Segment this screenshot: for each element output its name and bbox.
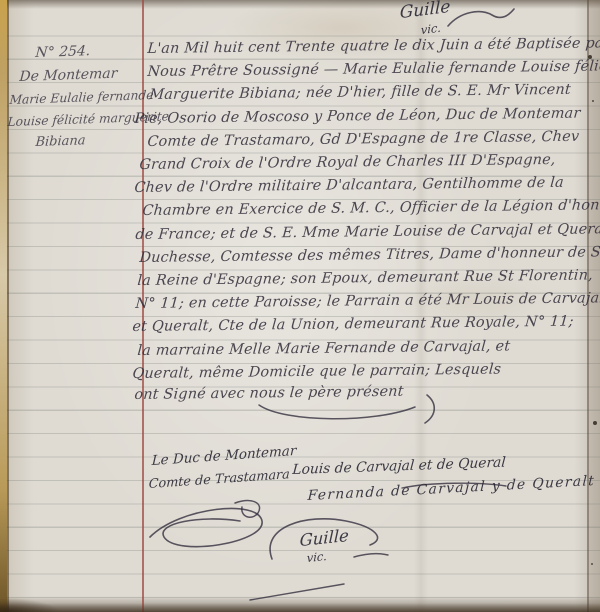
record-line: la Reine d'Espagne; son Epoux, demeurant… (137, 267, 594, 289)
father-signature-line2: Comte de Trastamara (148, 467, 290, 492)
binding-seam (7, 0, 9, 612)
margin-name-line: Bibiana (35, 133, 86, 150)
margin-name-line: Marie Eulalie fernande (9, 88, 154, 107)
closing-flourish (255, 393, 445, 427)
margin-title: De Montemar (19, 66, 118, 85)
top-signature-flourish (446, 6, 516, 32)
record-line: Chambre en Exercice de S. M. C., Officie… (142, 197, 600, 219)
godfather-signature: Louis de Carvajal et de Queral (292, 455, 506, 478)
record-line: Chev de l'Ordre militaire D'alcantara, G… (134, 175, 565, 196)
record-line: Marguerite Bibiana; née D'hier, fille de… (149, 82, 572, 103)
record-line: Comte de Trastamaro, Gd D'Espagne de 1re… (147, 129, 580, 150)
father-signature-line1: Le Duc de Montemar (151, 443, 296, 469)
record-line: Grand Croix de l'Ordre Royal de Charles … (139, 152, 556, 173)
godmother-signature: Fernanda de Carvajal y de Queralt (307, 473, 595, 504)
record-line: et Queralt, Cte de la Union, demeurant R… (132, 314, 574, 335)
record-line: L'an Mil huit cent Trente quatre le dix … (147, 35, 600, 57)
top-officiant-subscript: vic. (421, 21, 441, 38)
record-line: N° 11; en cette Paroisse; le Parrain a é… (135, 290, 600, 312)
record-line: Nous Prêtre Soussigné — Marie Eulalie fe… (147, 58, 600, 80)
margin-act-number: N° 254. (35, 43, 91, 61)
record-line: la marraine Melle Marie Fernande de Carv… (137, 338, 511, 359)
corner-shadow (0, 598, 60, 612)
bottom-edge (0, 603, 600, 612)
record-line: Pie, Osorio de Moscoso y Ponce de Léon, … (134, 106, 581, 127)
officiant-signature-flourish (258, 515, 418, 563)
record-line: Duchesse, Comtesse des mêmes Titres, Dam… (139, 244, 600, 266)
father-paraph-flourish (140, 495, 275, 561)
record-line: Queralt, même Domicile que le parrain; L… (132, 361, 502, 382)
register-page: Guille vic. N° 254. De Montemar Marie Eu… (0, 0, 600, 612)
record-line: de France; et de S. E. Mme Marie Louise … (135, 221, 600, 243)
stray-pen-stroke (248, 580, 348, 602)
top-officiant-signature: Guille (400, 0, 451, 23)
binding-edge (0, 0, 7, 612)
